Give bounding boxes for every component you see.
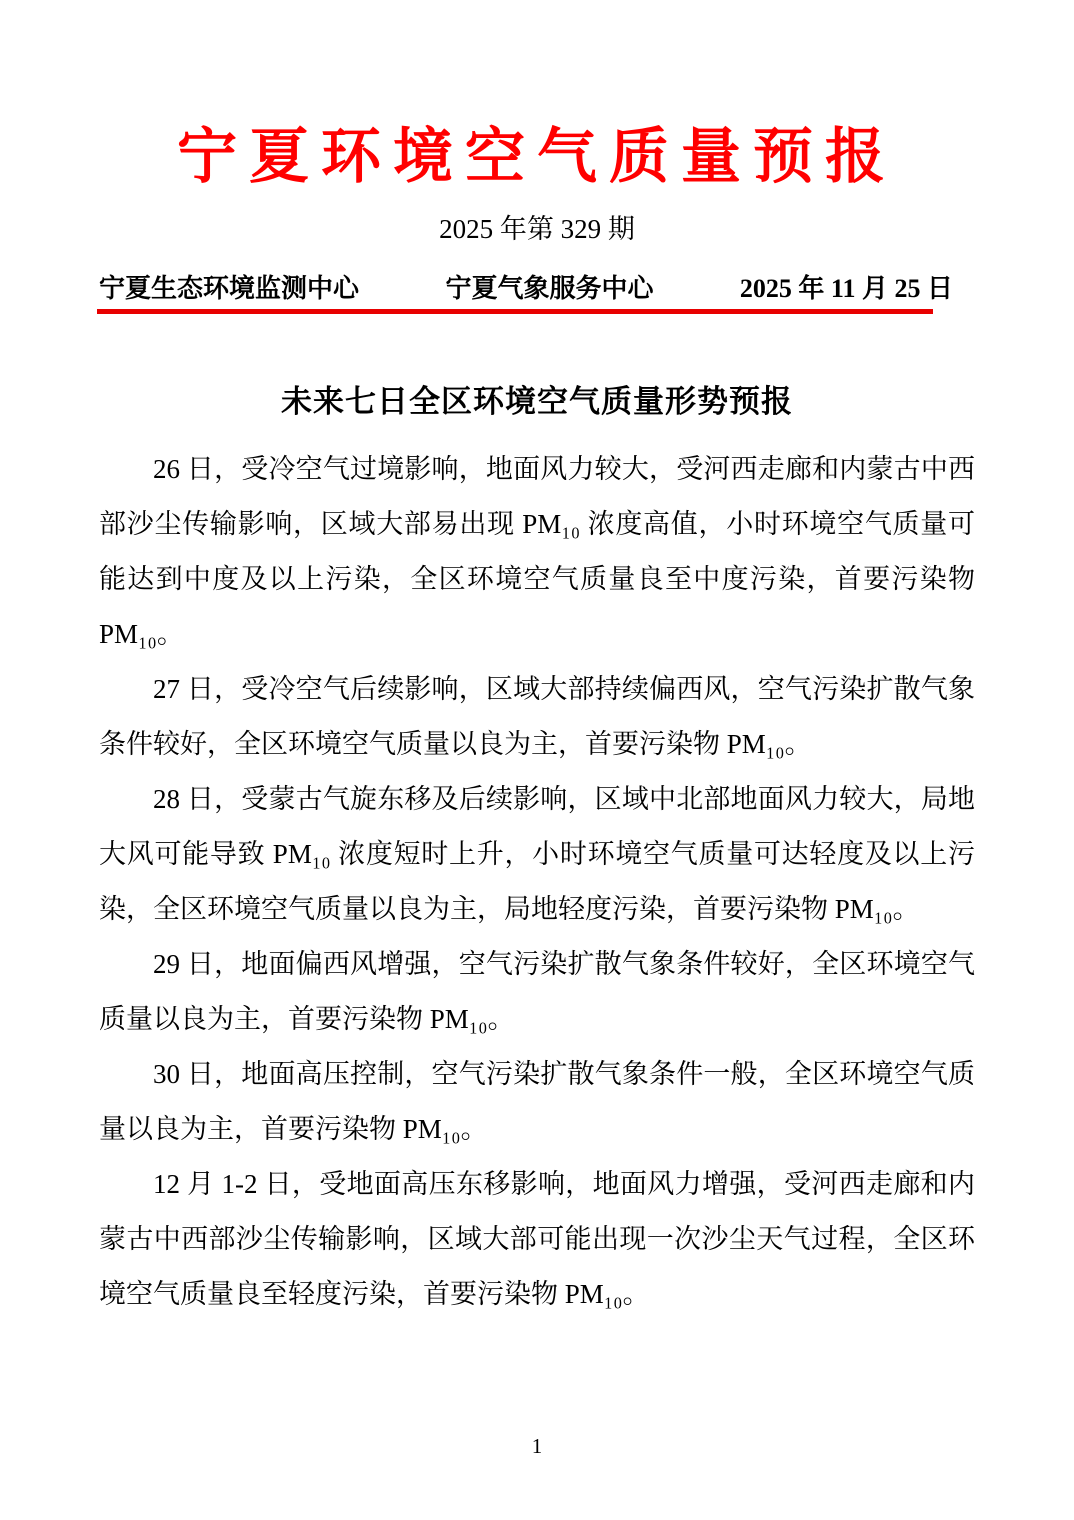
issue-number: 2025 年第 329 期	[99, 213, 975, 245]
forecast-paragraph-day28: 28 日，受蒙古气旋东移及后续影响，区域中北部地面风力较大，局地大风可能导致 P…	[99, 772, 975, 937]
forecast-paragraph-day30: 30 日，地面高压控制，空气污染扩散气象条件一般，全区环境空气质量以良为主，首要…	[99, 1047, 975, 1157]
forecast-body: 26 日，受冷空气过境影响，地面风力较大，受河西走廊和内蒙古中西部沙尘传输影响，…	[99, 442, 975, 1322]
forecast-paragraph-dec1-2: 12 月 1-2 日，受地面高压东移影响，地面风力增强，受河西走廊和内蒙古中西部…	[99, 1157, 975, 1322]
section-title: 未来七日全区环境空气质量形势预报	[99, 382, 975, 422]
red-divider-line	[97, 309, 933, 314]
forecast-paragraph-day27: 27 日，受冷空气后续影响，区域大部持续偏西风，空气污染扩散气象条件较好，全区环…	[99, 662, 975, 772]
issue-date: 2025 年 11 月 25 日	[740, 273, 953, 305]
header-row: 宁夏生态环境监测中心 宁夏气象服务中心 2025 年 11 月 25 日	[99, 273, 975, 305]
document-page: 宁夏环境空气质量预报 2025 年第 329 期 宁夏生态环境监测中心 宁夏气象…	[0, 0, 1074, 1520]
forecast-paragraph-day29: 29 日，地面偏西风增强，空气污染扩散气象条件较好，全区环境空气质量以良为主，首…	[99, 937, 975, 1047]
forecast-paragraph-day26: 26 日，受冷空气过境影响，地面风力较大，受河西走廊和内蒙古中西部沙尘传输影响，…	[99, 442, 975, 662]
org-monitoring-center: 宁夏生态环境监测中心	[99, 273, 359, 305]
document-title: 宁夏环境空气质量预报	[99, 0, 975, 195]
org-weather-service-center: 宁夏气象服务中心	[445, 273, 653, 305]
page-number: 1	[0, 1434, 1074, 1458]
